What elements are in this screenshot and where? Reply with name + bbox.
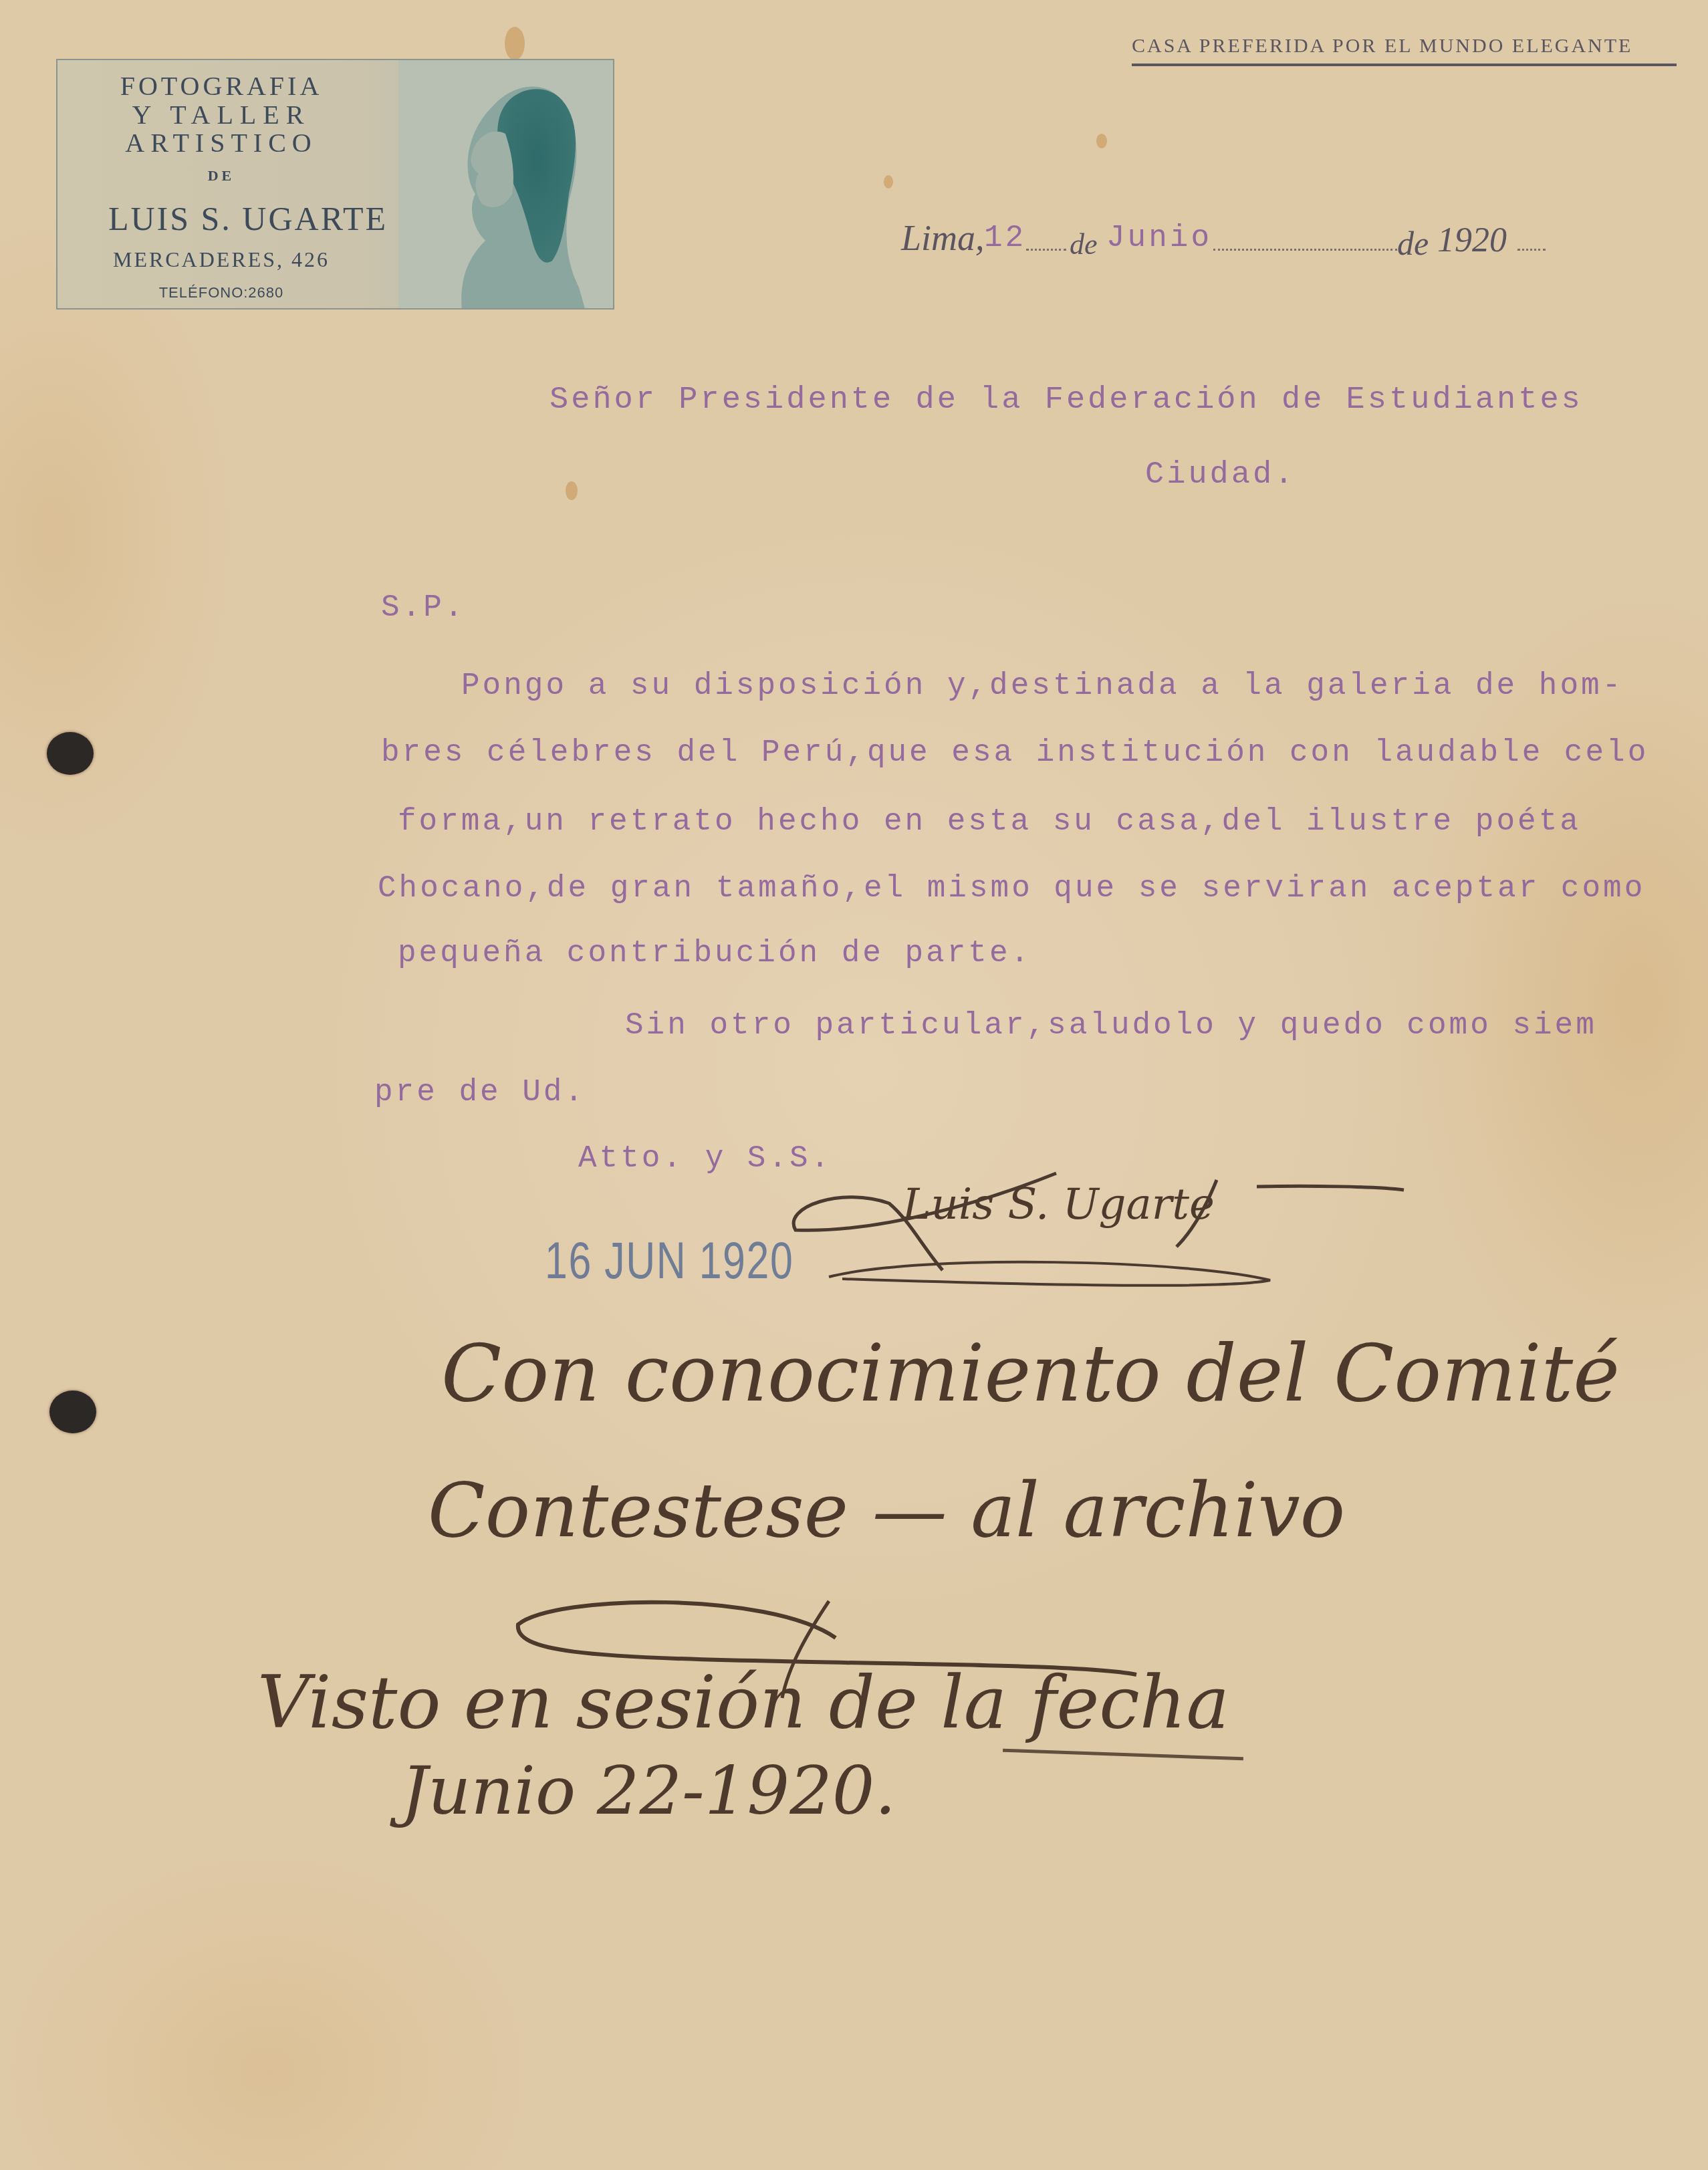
dateline-city: Lima, <box>901 217 985 259</box>
recipient-line2: Ciudad. <box>1145 457 1296 493</box>
annotation-underline <box>1003 1749 1243 1761</box>
annotation-line4: Junio 22-1920. <box>401 1752 896 1830</box>
dateline-dots-2 <box>1213 249 1397 251</box>
dateline-year: 1920 <box>1437 221 1507 260</box>
letterhead-address: MERCADERES, 426 <box>57 247 385 272</box>
letterhead-tagline: CASA PREFERIDA POR EL MUNDO ELEGANTE <box>1132 35 1632 57</box>
body-line-2: bres célebres del Perú,que esa instituci… <box>381 735 1649 770</box>
paper-stain <box>884 175 893 189</box>
body-line-6: Sin otro particular,saludolo y quedo com… <box>625 1008 1597 1043</box>
letterhead-block: FOTOGRAFIA Y TALLER ARTISTICO DE LUIS S.… <box>56 59 614 310</box>
annotation-line2: Contestese — al archivo <box>428 1467 1345 1554</box>
body-line-3: forma,un retrato hecho en esta su casa,d… <box>398 804 1581 839</box>
recipient-line1: Señor Presidente de la Federación de Est… <box>550 382 1583 418</box>
body-line-4: Chocano,de gran tamaño,el mismo que se s… <box>378 871 1645 906</box>
paper-stain <box>566 481 578 500</box>
received-date-stamp: 16 JUN 1920 <box>545 1230 794 1291</box>
paper-stain <box>505 27 525 60</box>
tagline-underline <box>1132 64 1677 66</box>
dateline-day: 12 <box>984 221 1026 255</box>
signature-text: Luis S. Ugarte <box>902 1180 1215 1229</box>
dateline-year-text: 1920 <box>1437 221 1507 259</box>
annotation-line1: Con conocimiento del Comité <box>441 1327 1620 1419</box>
signature: Luis S. Ugarte <box>789 1160 1417 1294</box>
dateline-month: Junio <box>1106 221 1212 255</box>
letterhead-phone: TELÉFONO:2680 <box>57 284 385 302</box>
dateline-de-2: de <box>1397 224 1429 263</box>
letterhead-line1: FOTOGRAFIA <box>57 70 385 102</box>
letterhead-name: LUIS S. UGARTE <box>61 199 435 238</box>
body-line-7: pre de Ud. <box>374 1075 586 1110</box>
paper-stain <box>1096 134 1107 148</box>
dateline-dots-3 <box>1517 249 1546 251</box>
portrait-photo <box>398 60 614 310</box>
body-line-1: Pongo a su disposición y,destinada a la … <box>461 669 1623 703</box>
dateline-de-1: de <box>1070 227 1098 261</box>
punch-hole-bottom <box>49 1391 96 1433</box>
punch-hole-top <box>47 732 94 775</box>
body-line-5: pequeña contribución de parte. <box>398 936 1031 971</box>
letterhead-line4: DE <box>57 167 385 185</box>
dateline-dots-1 <box>1026 249 1066 251</box>
letterhead-line3: ARTISTICO <box>57 127 385 158</box>
salutation: S.P. <box>381 590 465 625</box>
annotation-line3: Visto en sesión de la fecha <box>257 1661 1229 1745</box>
letterhead-line2: Y TALLER <box>57 99 385 130</box>
